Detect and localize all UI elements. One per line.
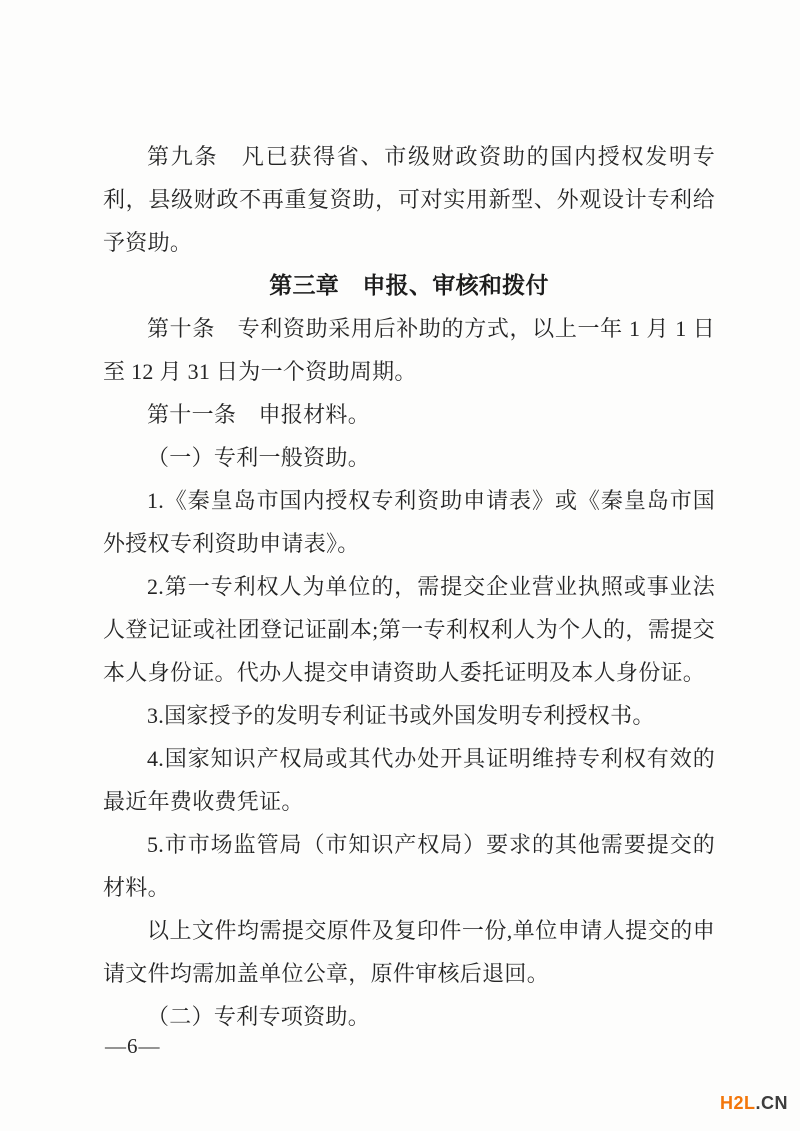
body-paragraph: 3.国家授予的发明专利证书或外国发明专利授权书。: [103, 694, 715, 737]
body-paragraph: 2.第一专利权人为单位的，需提交企业营业执照或事业法人登记证或社团登记证副本;第…: [103, 565, 715, 694]
watermark: H2L.CN: [720, 1092, 788, 1114]
body-paragraph: 以上文件均需提交原件及复印件一份,单位申请人提交的申请文件均需加盖单位公章，原件…: [103, 909, 715, 995]
chapter-heading: 第三章 申报、审核和拨付: [103, 264, 715, 307]
body-paragraph: 第十条 专利资助采用后补助的方式，以上一年 1 月 1 日至 12 月 31 日…: [103, 307, 715, 393]
watermark-suffix: .CN: [756, 1093, 789, 1113]
body-paragraph: 4.国家知识产权局或其代办处开具证明维持专利权有效的最近年费收费凭证。: [103, 737, 715, 823]
body-paragraph: （二）专利专项资助。: [103, 995, 715, 1038]
watermark-brand: H2L: [720, 1093, 756, 1113]
document-page: 第九条 凡已获得省、市级财政资助的国内授权发明专利，县级财政不再重复资助，可对实…: [0, 0, 800, 1131]
document-body: 第九条 凡已获得省、市级财政资助的国内授权发明专利，县级财政不再重复资助，可对实…: [103, 135, 715, 1038]
body-paragraph: 第十一条 申报材料。: [103, 393, 715, 436]
body-paragraph: 第九条 凡已获得省、市级财政资助的国内授权发明专利，县级财政不再重复资助，可对实…: [103, 135, 715, 264]
page-number: —6—: [105, 1032, 161, 1060]
body-paragraph: 5.市市场监管局（市知识产权局）要求的其他需要提交的材料。: [103, 823, 715, 909]
body-paragraph: 1.《秦皇岛市国内授权专利资助申请表》或《秦皇岛市国外授权专利资助申请表》。: [103, 479, 715, 565]
body-paragraph: （一）专利一般资助。: [103, 436, 715, 479]
